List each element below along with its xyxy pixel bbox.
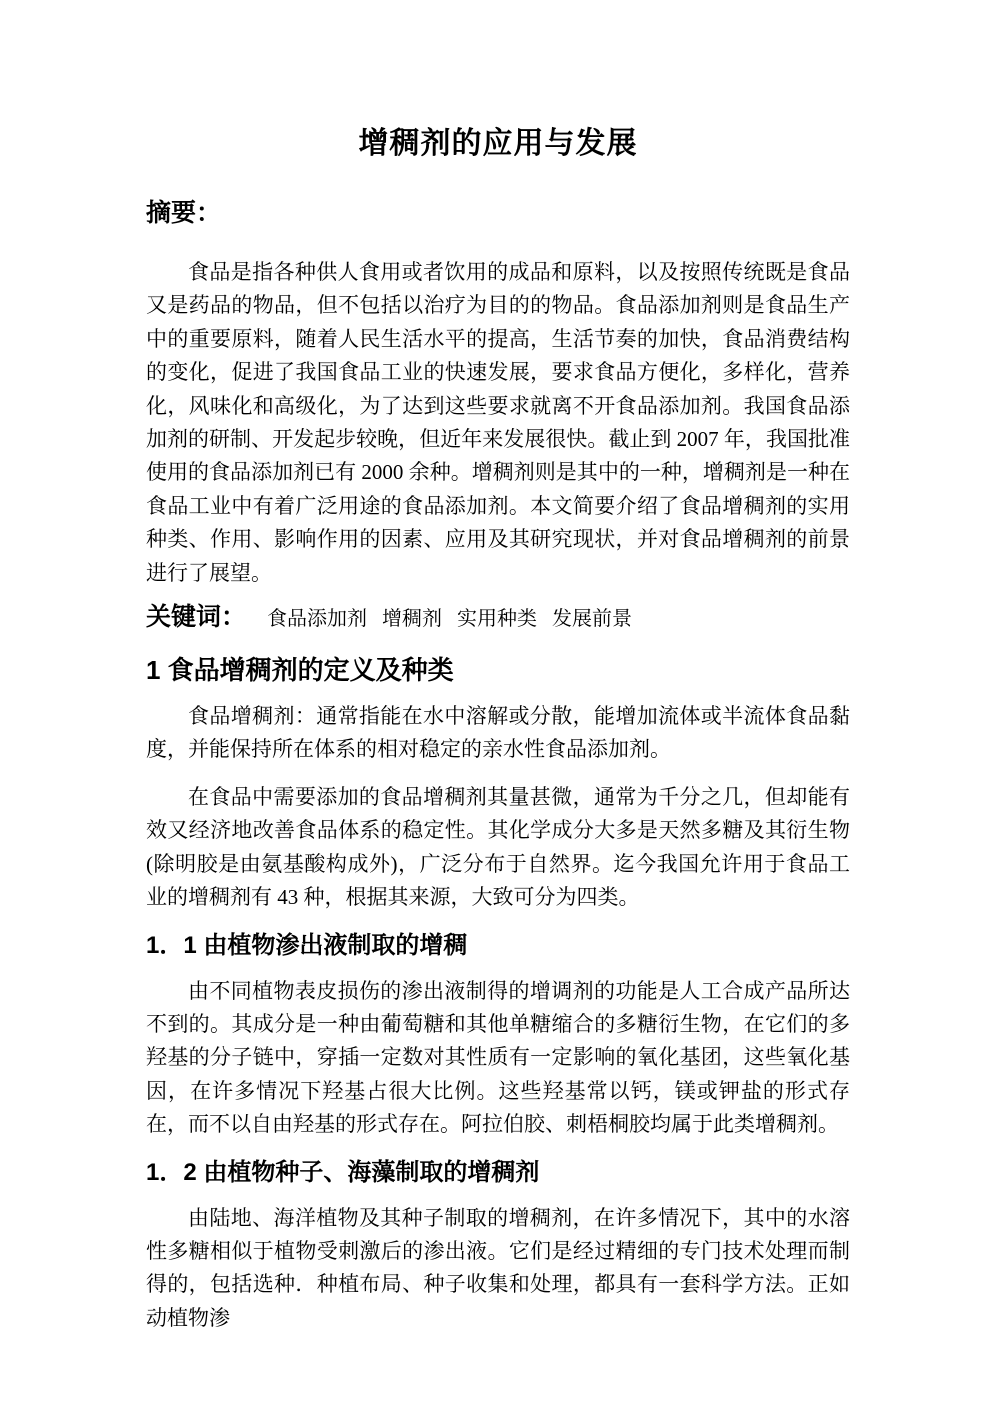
keywords-row: 关键词：食品添加剂增稠剂实用种类发展前景 (146, 600, 850, 638)
keyword-item: 发展前景 (552, 608, 632, 630)
keyword-item: 食品添加剂 (267, 608, 367, 630)
section-heading-1: 1 食品增稠剂的定义及种类 (146, 652, 850, 688)
keyword-item: 增稠剂 (382, 608, 442, 630)
body-paragraph-exudates: 由不同植物表皮损伤的渗出液制得的增调剂的功能是人工合成产品所达不到的。其成分是一… (146, 975, 850, 1142)
document-page: 增稠剂的应用与发展 摘要： 食品是指各种供人食用或者饮用的成品和原料，以及按照传… (0, 0, 993, 1404)
section-heading-1-1: 1．1 由植物渗出液制取的增稠 (146, 929, 850, 963)
body-paragraph-seeds-algae: 由陆地、海洋植物及其种子制取的增稠剂，在许多情况下，其中的水溶性多糖相似于植物受… (146, 1202, 850, 1336)
keywords-label: 关键词： (146, 603, 246, 631)
keyword-item: 实用种类 (457, 608, 537, 630)
document-title: 增稠剂的应用与发展 (146, 124, 850, 164)
body-paragraph-definition: 食品增稠剂：通常指能在水中溶解或分散，能增加流体或半流体食品黏度，并能保持所在体… (146, 700, 850, 767)
abstract-paragraph: 食品是指各种供人食用或者饮用的成品和原料，以及按照传统既是食品又是药品的物品，但… (146, 256, 850, 590)
abstract-label: 摘要： (146, 196, 850, 230)
section-heading-1-2: 1．2 由植物种子、海藻制取的增稠剂 (146, 1156, 850, 1190)
body-paragraph-categories: 在食品中需要添加的食品增稠剂其量甚微，通常为千分之几，但却能有效又经济地改善食品… (146, 781, 850, 915)
